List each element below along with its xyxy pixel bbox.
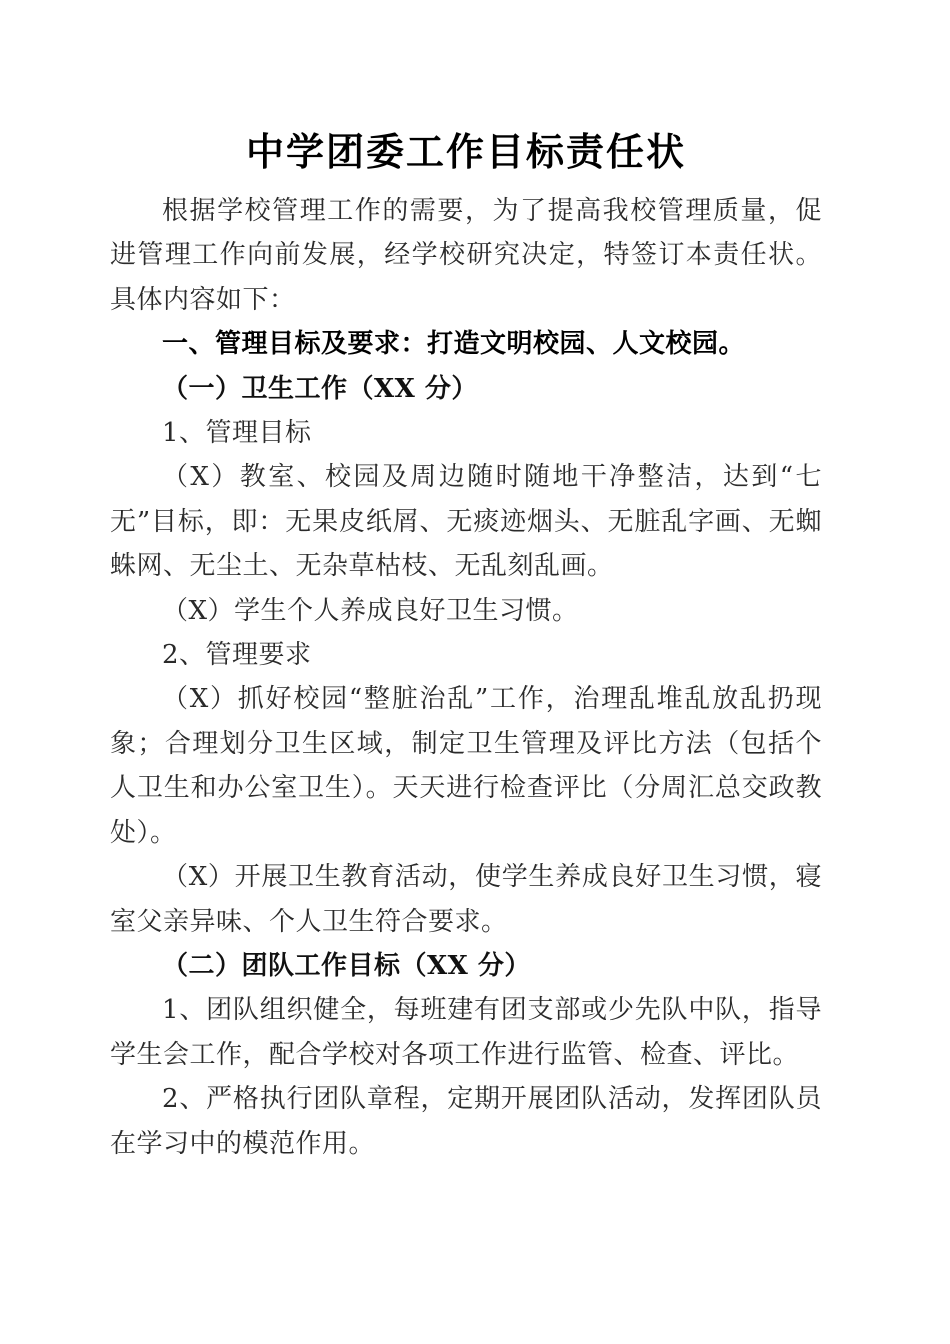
section-heading-management-goals: 一、管理目标及要求：打造文明校园、人文校园。 (110, 322, 822, 366)
paragraph-personal-hygiene-habit: （X）学生个人养成良好卫生习惯。 (110, 589, 822, 633)
paragraph-hygiene-education: （X）开展卫生教育活动，使学生养成良好卫生习惯，寝室父亲异味、个人卫生符合要求。 (110, 855, 822, 944)
paragraph-seven-nos-goal: （X）教室、校园及周边随时随地干净整洁，达到“七无”目标，即：无果皮纸屑、无痰迹… (110, 455, 822, 588)
paragraph-management-goal-label: 1、管理目标 (110, 411, 822, 455)
subsection-heading-hygiene-work: （一）卫生工作（XX 分） (110, 367, 822, 411)
subsection-heading-league-work-goals: （二）团队工作目标（XX 分） (110, 944, 822, 988)
document-title: 中学团委工作目标责任状 (110, 128, 822, 176)
paragraph-campus-cleanup-requirements: （X）抓好校园“整脏治乱”工作，治理乱堆乱放乱扔现象；合理划分卫生区域，制定卫生… (110, 677, 822, 855)
paragraph-management-requirements-label: 2、管理要求 (110, 633, 822, 677)
document-body: 中学团委工作目标责任状 根据学校管理工作的需要，为了提高我校管理质量，促进管理工… (110, 128, 822, 1166)
intro-paragraph: 根据学校管理工作的需要，为了提高我校管理质量，促进管理工作向前发展，经学校研究决… (110, 189, 822, 322)
document-page: 中学团委工作目标责任状 根据学校管理工作的需要，为了提高我校管理质量，促进管理工… (0, 0, 950, 1344)
paragraph-league-charter: 2、严格执行团队章程，定期开展团队活动，发挥团队员在学习中的模范作用。 (110, 1077, 822, 1166)
paragraph-league-organization: 1、团队组织健全，每班建有团支部或少先队中队，指导学生会工作，配合学校对各项工作… (110, 988, 822, 1077)
